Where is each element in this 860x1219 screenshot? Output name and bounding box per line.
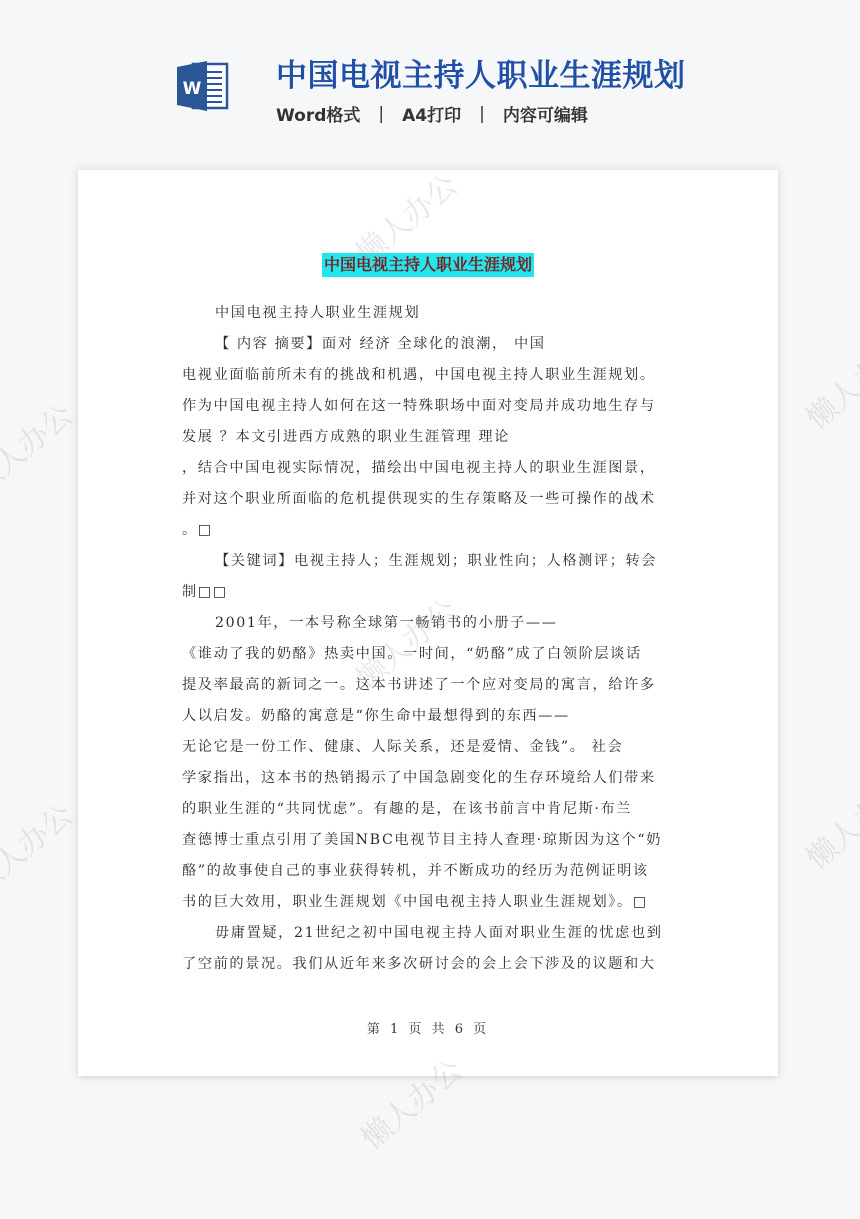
doc-line: 了空前的景况。我们从近年来多次研讨会的会上会下涉及的议题和大 bbox=[182, 949, 666, 980]
doc-line: 中国电视主持人职业生涯规划 bbox=[182, 298, 666, 329]
doc-heading: 中国电视主持人职业生涯规划 bbox=[322, 253, 534, 277]
tag-editable: 内容可编辑 bbox=[503, 101, 588, 126]
doc-line: 制□□ bbox=[182, 577, 666, 608]
word-doc-icon: W bbox=[175, 58, 231, 114]
page-number: 第 1 页 共 6 页 bbox=[78, 1018, 778, 1037]
doc-line: ，结合中国电视实际情况，描绘出中国电视主持人的职业生涯图景， bbox=[182, 453, 666, 484]
doc-line: 无论它是一份工作、健康、人际关系，还是爱情、金钱”。 社会 bbox=[182, 732, 666, 763]
doc-line: 提及率最高的新词之一。这本书讲述了一个应对变局的寓言，给许多 bbox=[182, 670, 666, 701]
watermark: 懒人办公 bbox=[795, 767, 860, 878]
doc-body: 中国电视主持人职业生涯规划【 内容 摘要】面对 经济 全球化的浪潮， 中国电视业… bbox=[182, 298, 666, 980]
doc-line: 学家指出，这本书的热销揭示了中国急剧变化的生存环境给人们带来 bbox=[182, 763, 666, 794]
doc-line: 。□ bbox=[182, 515, 666, 546]
doc-heading-wrap: 中国电视主持人职业生涯规划 bbox=[78, 253, 778, 277]
feature-tags: Word格式 | A4打印 | 内容可编辑 bbox=[276, 101, 588, 126]
doc-line: 发展 ？本文引进西方成熟的职业生涯管理 理论 bbox=[182, 422, 666, 453]
doc-line: 作为中国电视主持人如何在这一特殊职场中面对变局并成功地生存与 bbox=[182, 391, 666, 422]
tag-separator: | bbox=[479, 104, 485, 124]
main-title: 中国电视主持人职业生涯规划 bbox=[276, 50, 686, 95]
doc-line: 毋庸置疑，21世纪之初中国电视主持人面对职业生涯的忧虑也到 bbox=[182, 918, 666, 949]
document-page: 中国电视主持人职业生涯规划 中国电视主持人职业生涯规划【 内容 摘要】面对 经济… bbox=[78, 170, 778, 1076]
header: W 中国电视主持人职业生涯规划 Word格式 | A4打印 | 内容可编辑 bbox=[0, 0, 860, 150]
doc-line: 的职业生涯的“共同忧虑”。有趣的是，在该书前言中肯尼斯·布兰 bbox=[182, 794, 666, 825]
svg-text:W: W bbox=[183, 79, 202, 99]
doc-line: 【关键词】电视主持人；生涯规划；职业性向；人格测评；转会 bbox=[182, 546, 666, 577]
doc-line: 《谁动了我的奶酪》热卖中国。一时间，“奶酪”成了白领阶层谈话 bbox=[182, 639, 666, 670]
doc-line: 【 内容 摘要】面对 经济 全球化的浪潮， 中国 bbox=[182, 329, 666, 360]
tag-a4-print: A4打印 bbox=[402, 101, 461, 126]
doc-line: 人以启发。奶酪的寓意是“你生命中最想得到的东西—— bbox=[182, 701, 666, 732]
watermark: 懒人办公 bbox=[0, 392, 80, 503]
doc-line: 查德博士重点引用了美国NBC电视节目主持人查理·琼斯因为这个“奶 bbox=[182, 825, 666, 856]
doc-line: 书的巨大效用，职业生涯规划《中国电视主持人职业生涯规划》。□ bbox=[182, 887, 666, 918]
doc-line: 并对这个职业所面临的危机提供现实的生存策略及一些可操作的战术 bbox=[182, 484, 666, 515]
watermark: 懒人办公 bbox=[0, 792, 80, 903]
doc-line: 酪”的故事使自己的事业获得转机，并不断成功的经历为范例证明该 bbox=[182, 856, 666, 887]
watermark: 懒人办公 bbox=[795, 327, 860, 438]
doc-line: 电视业面临前所未有的挑战和机遇，中国电视主持人职业生涯规划。 bbox=[182, 360, 666, 391]
tag-word-format: Word格式 bbox=[276, 101, 360, 126]
tag-separator: | bbox=[378, 104, 384, 124]
doc-line: 2001年，一本号称全球第一畅销书的小册子—— bbox=[182, 608, 666, 639]
